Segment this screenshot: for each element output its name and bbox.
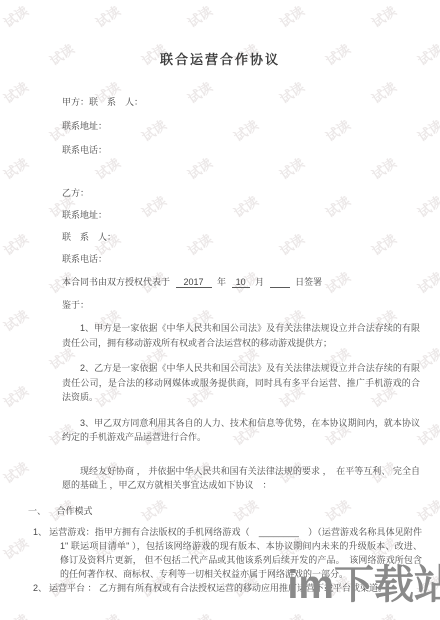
section-1-title: 合作模式	[57, 506, 93, 516]
item-2-number: 2、	[33, 581, 49, 595]
signing-month-unit: 月	[255, 277, 264, 287]
party-b-phone-line: 联系电话：	[62, 254, 440, 264]
party-a-address-line: 联系地址：	[62, 121, 440, 131]
whereas-paragraph-3: 3、甲乙双方同意利用其各自的人力、技术和信息等优势，在本协议期间内，就本协议约定…	[62, 416, 420, 445]
signing-year-blank: 2017	[176, 277, 212, 288]
whereas-label: 鉴于：	[62, 300, 440, 310]
signing-day-blank	[270, 287, 290, 288]
party-a-contact-line: 甲方：联 系 人：	[62, 97, 440, 107]
party-b-address-line: 联系地址：	[62, 210, 440, 220]
party-a-block: 甲方：联 系 人： 联系地址： 联系电话：	[62, 97, 440, 155]
whereas-paragraph-1: 1、甲方是一家依据《中华人民共和国公司法》及有关法律法规设立并合法存续的有限责任…	[62, 321, 420, 350]
party-b-name-line: 乙方：	[62, 188, 440, 198]
section-1-number: 一、	[28, 506, 46, 516]
signing-prefix: 本合同书由双方授权代表于	[62, 277, 170, 287]
site-brand-watermark: im下载站	[287, 562, 440, 608]
party-a-phone-line: 联系电话：	[62, 145, 440, 155]
agreement-intro-paragraph: 现经友好协商 ， 并依据中华人民共和国有关法律法规的要求 ， 在平等互利、 完全…	[62, 464, 420, 493]
party-b-contact-line: 联 系 人：	[62, 232, 440, 242]
item-1-number: 1、	[33, 525, 49, 539]
signing-year-unit: 年	[217, 277, 226, 287]
party-b-block: 乙方： 联系地址： 联 系 人： 联系电话：	[62, 188, 440, 264]
document-content: 联合运营合作协议 甲方：联 系 人： 联系地址： 联系电话： 乙方： 联系地址：…	[0, 0, 440, 595]
whereas-paragraph-2: 2、乙方是一家依据《中华人民共和国公司法》及有关法律法规设立并合法存续的有限责任…	[62, 361, 420, 405]
document-title: 联合运营合作协议	[0, 0, 440, 68]
signing-date-line: 本合同书由双方授权代表于 2017 年 10 月 日签署	[62, 276, 440, 288]
signing-month-blank: 10	[232, 277, 250, 288]
signing-suffix: 日签署	[295, 277, 322, 287]
section-1-heading: 一、 合作模式	[28, 506, 420, 516]
document-page: 试读 试读 联合运营合作协议 甲方：联 系 人： 联系地址： 联系电话： 乙方：…	[0, 0, 440, 620]
